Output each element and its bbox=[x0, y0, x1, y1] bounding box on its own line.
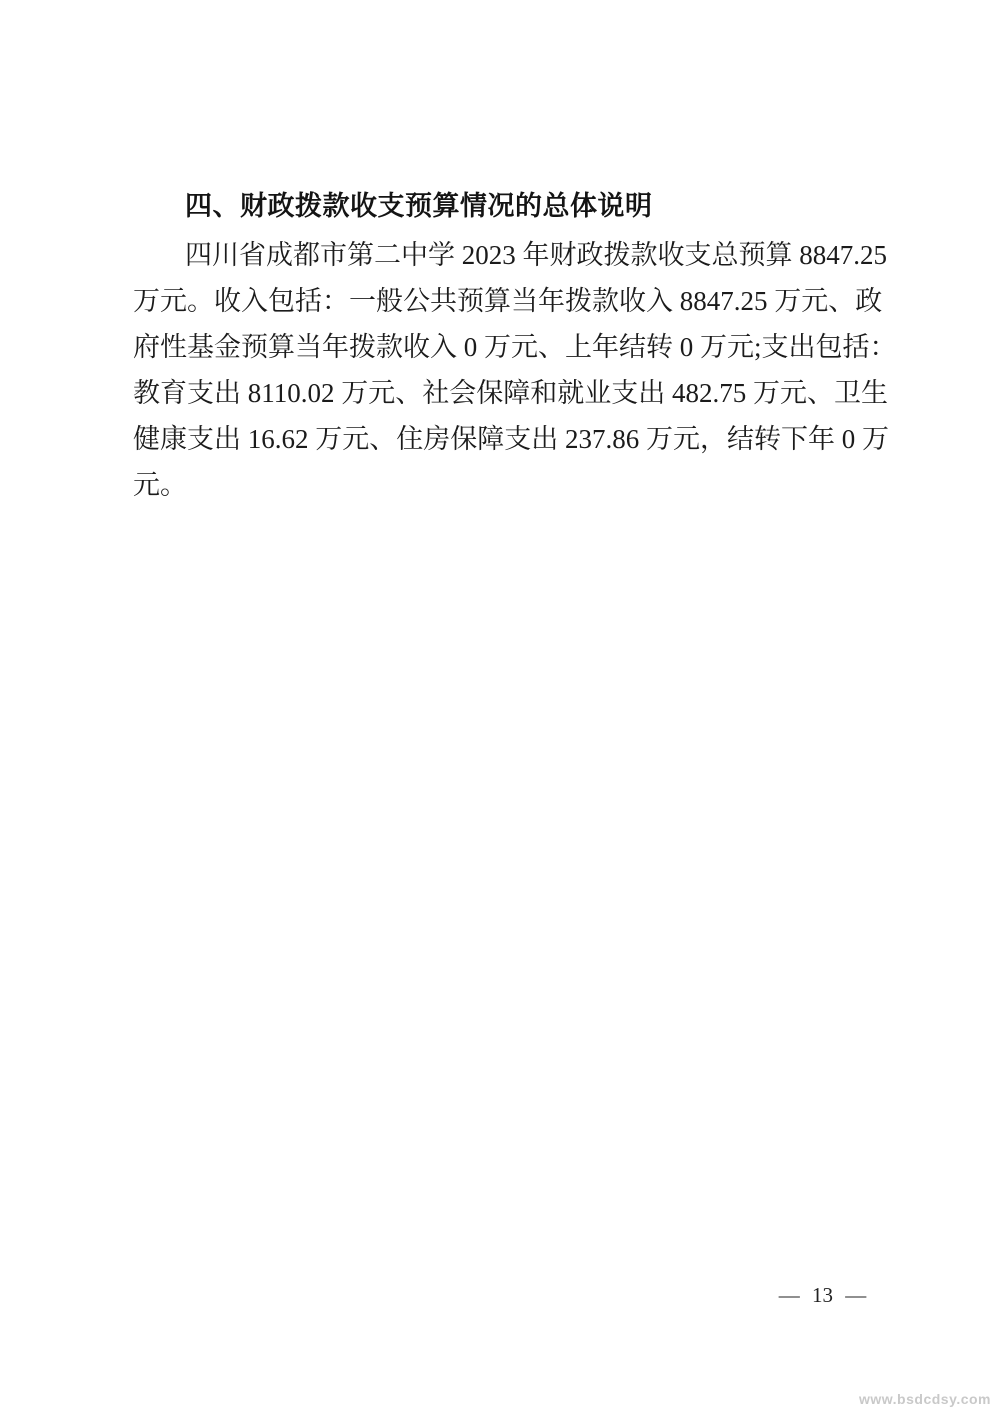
body-paragraph: 四川省成都市第二中学 2023 年财政拨款收支总预算 8847.25 万元。收入… bbox=[133, 232, 870, 508]
document-page: 四、财政拨款收支预算情况的总体说明 四川省成都市第二中学 2023 年财政拨款收… bbox=[0, 0, 1000, 1415]
paragraph-line: 教育支出 8110.02 万元、社会保障和就业支出 482.75 万元、卫生 bbox=[133, 370, 870, 416]
paragraph-line: 四川省成都市第二中学 2023 年财政拨款收支总预算 8847.25 bbox=[133, 232, 870, 278]
paragraph-line: 元。 bbox=[133, 462, 870, 508]
section-heading: 四、财政拨款收支预算情况的总体说明 bbox=[133, 189, 922, 223]
paragraph-line: 健康支出 16.62 万元、住房保障支出 237.86 万元，结转下年 0 万 bbox=[133, 416, 870, 462]
paragraph-line: 万元。收入包括：一般公共预算当年拨款收入 8847.25 万元、政 bbox=[133, 278, 870, 324]
paragraph-line: 府性基金预算当年拨款收入 0 万元、上年结转 0 万元;支出包括： bbox=[133, 324, 870, 370]
watermark: www.bsdcdsy.com bbox=[859, 1391, 991, 1407]
page-number: — 13 — bbox=[740, 1281, 905, 1309]
